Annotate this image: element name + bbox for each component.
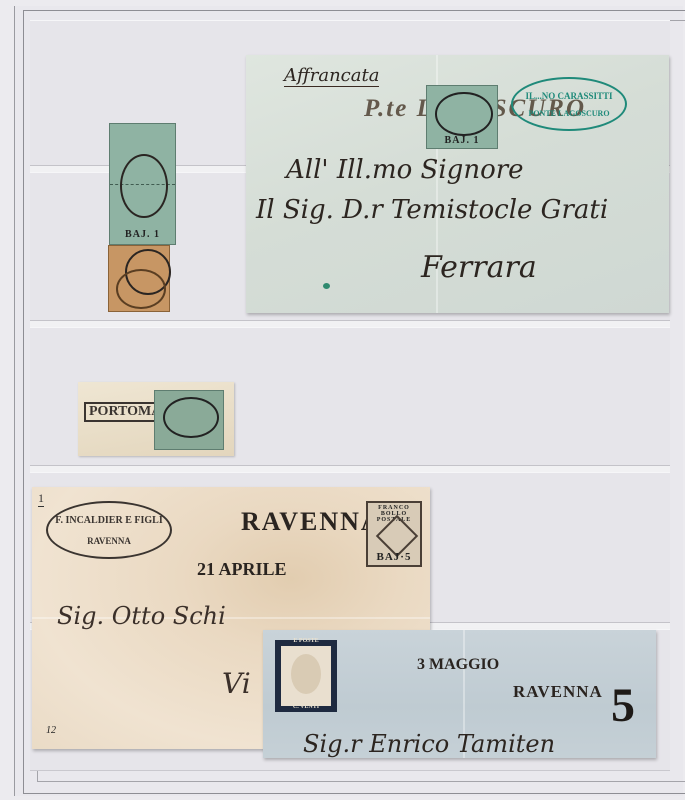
annotation-affrancata: Affrancata xyxy=(284,65,379,87)
address-line-3: Ferrara xyxy=(421,250,537,285)
stamp-1-baj-green[interactable]: BAJ. 1 xyxy=(426,85,498,149)
cover-sardinia[interactable]: E POSTE C. VENTI 3 MAGGIO RAVENNA 5 Sig.… xyxy=(263,630,656,758)
stamp-green-fragment[interactable] xyxy=(154,390,224,450)
corner-mark: 1 xyxy=(38,491,44,507)
stamp-20c-blue[interactable] xyxy=(275,640,337,712)
stamp-value: BAJ. 1 xyxy=(427,135,497,146)
stamp-5-baj[interactable]: FRANCO BOLLO POSTALE BAJ·5 xyxy=(366,501,422,567)
address-line-2: Il Sig. D.r Temistocle Grati xyxy=(256,195,608,225)
stamp-value: BAJ·5 xyxy=(368,551,420,563)
cancel-lagoscuro xyxy=(120,154,168,218)
footer-mark: 12 xyxy=(46,725,56,736)
stamp-pair-green[interactable]: BAJ. 1 xyxy=(109,123,176,245)
cachet-line2: RAVENNA xyxy=(87,536,131,546)
stamp-oval-design xyxy=(163,397,219,438)
company-cachet-incaldier: F. INCALDIER E FIGLI RAVENNA xyxy=(46,501,172,559)
ink-spot xyxy=(323,283,330,289)
stamp-value: BAJ. 1 xyxy=(110,229,175,240)
postmark-date-3-maggio: 3 MAGGIO xyxy=(417,656,499,674)
cachet-line2: PONTE LAGOSCURO xyxy=(528,109,609,118)
address-line-1: All' Ill.mo Signore xyxy=(286,155,524,185)
postmark-ravenna: RAVENNA xyxy=(241,507,382,537)
address-line-1: Sig. Otto Schi xyxy=(57,602,226,630)
stamp-value: C. VENTI xyxy=(275,704,337,710)
cachet-line1: F. INCALDIER E FIGLI xyxy=(55,515,162,526)
cachet-line1: IL...NO CARASSITTI xyxy=(525,91,612,101)
rate-mark-5: 5 xyxy=(611,678,635,733)
stamp-brown[interactable] xyxy=(108,245,170,312)
stamp-top-label: E POSTE xyxy=(275,638,337,644)
postmark-ravenna: RAVENNA xyxy=(513,682,603,702)
stamp-oval-design xyxy=(435,92,492,136)
cover-ferrara[interactable]: Affrancata P.te LAGOSCURO BAJ. 1 IL...NO… xyxy=(246,55,669,313)
stamp-oval-design xyxy=(116,269,166,309)
postmark-date-21-aprile: 21 APRILE xyxy=(197,559,287,580)
company-cachet-carassitti: IL...NO CARASSITTI PONTE LAGOSCURO xyxy=(511,77,627,131)
portrait-cameo xyxy=(291,654,321,694)
fragment-portomaggiore[interactable]: PORTOMAGGIORE xyxy=(78,382,234,456)
address-line: Sig.r Enrico Tamiten xyxy=(303,730,555,758)
address-line-2: Vi xyxy=(222,667,251,700)
